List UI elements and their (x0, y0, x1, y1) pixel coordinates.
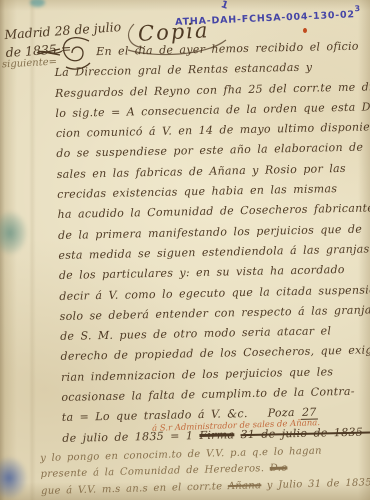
teal-ink-blot (0, 210, 28, 256)
manuscript-page: 1 ATHA-DAH-FCHSA-004-130-023 Madrid 28 d… (0, 0, 370, 500)
closing-prefix: gue á V.V. m.s an.s en el corr.te (41, 481, 223, 497)
closing-text: presente á la Comunidad de Herederos. (40, 464, 264, 481)
struck-place: Añana (228, 480, 262, 492)
closing-suffix: y Julio 31 de 1835= (267, 477, 370, 491)
closing-block: y lo pongo en conocim.to de V.V. p.a q.e… (40, 442, 370, 500)
place-name: Poza (268, 406, 295, 420)
red-ink-speck (303, 28, 307, 33)
struck-word: D.e (270, 463, 288, 474)
blue-ink-blot (0, 456, 28, 500)
margin-word: siguiente= (2, 57, 58, 71)
letter-body: En el dia de ayer hemos recibido el ofic… (54, 36, 370, 448)
teal-edge-stain (30, 0, 45, 7)
archive-code-superscript: 3 (354, 4, 361, 13)
